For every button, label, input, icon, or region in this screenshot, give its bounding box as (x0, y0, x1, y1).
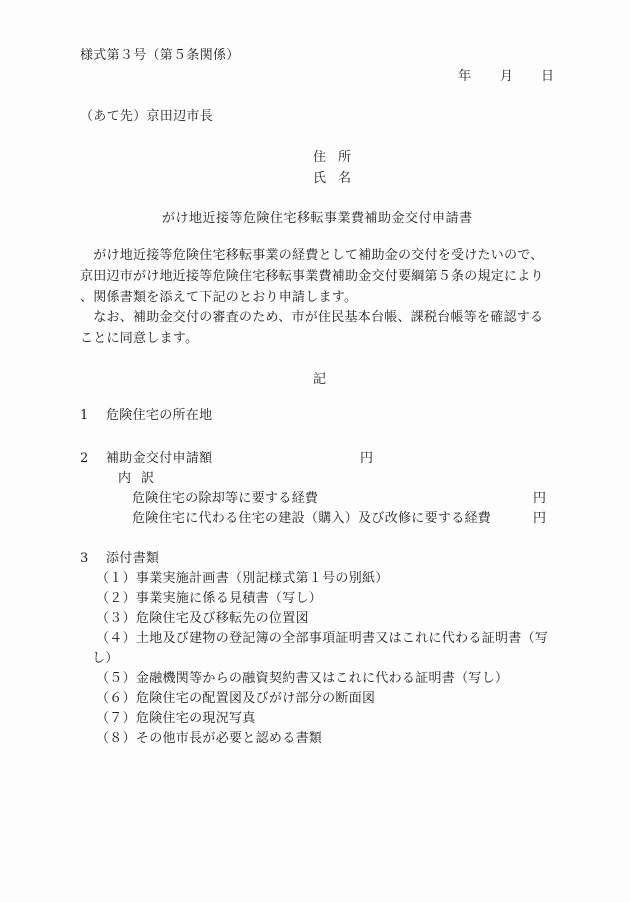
statement-line: 、関係書類を添えて下記のとおり申請します。 (80, 287, 550, 308)
form-number: 様式第３号（第５条関係） (80, 47, 240, 65)
item-label: 補助金交付申請額 (106, 451, 212, 466)
statement-line: ことに同意します。 (80, 328, 550, 349)
attachment-item: （２）事業実施に係る見積書（写し） (96, 590, 322, 608)
item-number: 2 (80, 450, 106, 468)
attachment-item: （５）金融機関等からの融資契約書又はこれに代わる証明書（写し） (96, 670, 508, 688)
item-label: 添付書類 (106, 551, 159, 566)
attachment-item: （４）土地及び建物の登記簿の全部事項証明書又はこれに代わる証明書（写 (96, 630, 548, 648)
item-number: 1 (80, 407, 106, 425)
breakdown-construction-cost: 危険住宅に代わる住宅の建設（購入）及び改修に要する経費 (132, 510, 491, 528)
statement-line: なお、補助金交付の審査のため、市が住民基本台帳、課税台帳等を確認する (80, 307, 550, 328)
statement-line: がけ地近接等危険住宅移転事業の経費として補助金の交付を受けたいので、 (80, 245, 550, 266)
addressee: （あて先）京田辺市長 (80, 108, 213, 126)
item-application-amount: 2補助金交付申請額 (80, 450, 212, 468)
date-month-label: 月 (500, 68, 513, 86)
item-attachments: 3添付書類 (80, 550, 159, 568)
item-label: 危険住宅の所在地 (106, 408, 212, 423)
breakdown-yen-unit: 円 (533, 490, 546, 508)
item-number: 3 (80, 550, 106, 568)
breakdown-yen-unit: 円 (533, 510, 546, 528)
amount-yen-unit: 円 (360, 450, 373, 468)
breakdown-demolition-cost: 危険住宅の除却等に要する経費 (132, 490, 318, 508)
applicant-name-label: 氏名 (313, 170, 363, 188)
applicant-address-label: 住所 (313, 149, 363, 167)
attachment-item: （８）その他市長が必要と認める書類 (96, 730, 322, 748)
item-location: 1危険住宅の所在地 (80, 407, 212, 425)
ki-heading: 記 (313, 371, 326, 389)
date-field: 年 月 日 (458, 68, 558, 86)
application-form-page: 様式第３号（第５条関係） 年 月 日 （あて先）京田辺市長 住所 氏名 がけ地近… (0, 0, 630, 903)
attachment-item-continuation: し） (92, 650, 119, 668)
document-title: がけ地近接等危険住宅移転事業費補助金交付申請書 (162, 210, 473, 228)
date-year-label: 年 (458, 68, 471, 86)
attachment-item: （７）危険住宅の現況写真 (96, 710, 256, 728)
attachment-item: （１）事業実施計画書（別記様式第１号の別紙） (96, 570, 389, 588)
statement-line: 京田辺市がけ地近接等危険住宅移転事業費補助金交付要綱第５条の規定により (80, 266, 550, 287)
breakdown-heading: 内訳 (118, 470, 164, 488)
attachment-item: （６）危険住宅の配置図及びがけ部分の断面図 (96, 690, 375, 708)
consent-statement: なお、補助金交付の審査のため、市が住民基本台帳、課税台帳等を確認する ことに同意… (80, 307, 550, 349)
attachment-item: （３）危険住宅及び移転先の位置図 (96, 610, 309, 628)
application-statement: がけ地近接等危険住宅移転事業の経費として補助金の交付を受けたいので、 京田辺市が… (80, 245, 550, 308)
date-day-label: 日 (541, 68, 554, 86)
